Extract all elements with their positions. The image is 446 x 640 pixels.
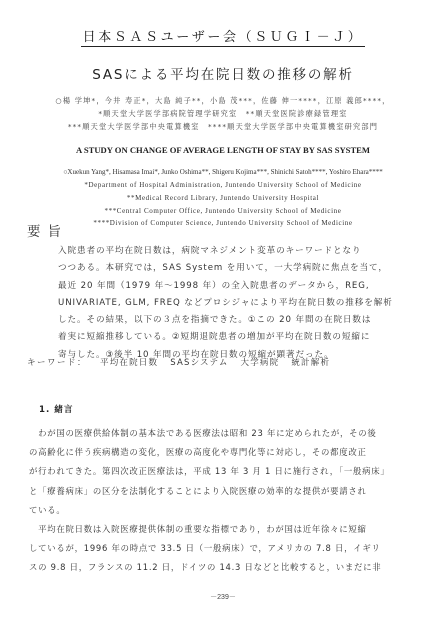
body-line: しているが，1996 年の時点で 33.5 日（一般病床）で，アメリカの 7.8… — [29, 539, 425, 558]
abstract-line: つつある。本研究では，SAS System を用いて，一大学病院に焦点を当て， — [58, 260, 376, 277]
affiliation-en-1: *Department of Hospital Administration, … — [0, 181, 446, 189]
abstract-line: 最近 20 年間（1979 年～1998 年）の全入院患者のデータから，REG, — [58, 278, 376, 295]
keyword: 平均在院日数 — [100, 356, 158, 368]
abstract-body: 入院患者の平均在院日数は，病院マネジメント変革のキーワードとなり つつある。本研… — [58, 243, 376, 364]
page-number: －239－ — [0, 592, 446, 602]
abstract-line: UNIVARIATE, GLM, FREQ などプロシジャにより平均在院日数の推… — [58, 295, 376, 312]
affiliation-ja-1: *順天堂大学医学部病院管理学研究室 **順天堂医院診療録管理室 — [0, 109, 446, 119]
affiliation-ja-2: ***順天堂大学医学部中央電算機室 ****順天堂大学医学部中央電算機室研究部門 — [0, 122, 446, 132]
title-japanese: SASによる平均在院日数の推移の解析 — [0, 63, 446, 83]
keyword: 大学病院 — [241, 356, 280, 368]
keyword: SASシステム — [170, 356, 228, 368]
body-line: が行われてきた。第四次改正医療法は，平成 13 年 3 月 1 日に施行され，「… — [29, 462, 425, 481]
keywords-list: 平均在院日数 SASシステム 大学病院 統計解析 — [100, 356, 330, 368]
authors-english: ○Xuekun Yang*, Hisamasa Imai*, Junko Osh… — [0, 168, 446, 176]
body-line: ている。 — [29, 501, 425, 520]
conference-name: 日本ＳＡＳユーザー会（ＳＵＧＩ－Ｊ） — [81, 30, 366, 47]
body-line: と「療養病床」の区分を法制化することにより入院医療の効率的な提供が要請され — [29, 482, 425, 501]
affiliation-en-3: ***Central Computer Office, Juntendo Uni… — [0, 207, 446, 215]
body-line: スの 9.8 日，フランスの 11.2 日，ドイツの 14.3 日などと比較する… — [29, 558, 425, 577]
authors-japanese: ○楊 学坤*，今井 寿正*，大島 純子**，小島 茂***，佐藤 伸一****，… — [0, 96, 446, 106]
abstract-line: した。その結果，以下の３点を指摘できた。①この 20 年間の在院日数は — [58, 312, 376, 329]
body-line: 平均在院日数は入院医療提供体制の重要な指標であり，わが国は近年徐々に短縮 — [29, 520, 425, 539]
abstract-line: 入院患者の平均在院日数は，病院マネジメント変革のキーワードとなり — [58, 243, 376, 260]
body-line: の高齢化に伴う疾病構造の変化，医療の高度化や専門化等に対応し，その都度改正 — [29, 443, 425, 462]
body-line: わが国の医療供給体制の基本法である医療法は昭和 23 年に定められたが，その後 — [29, 424, 425, 443]
affiliation-en-2: **Medical Record Library, Juntendo Unive… — [0, 194, 446, 202]
section-heading-introduction: 1. 緒言 — [39, 403, 73, 415]
abstract-line: 着実に短縮推移している。②短期退院患者の増加が平均在院日数の短縮に — [58, 329, 376, 346]
keyword: 統計解析 — [291, 356, 330, 368]
abstract-heading: 要旨 — [27, 220, 68, 240]
section-body-introduction: わが国の医療供給体制の基本法である医療法は昭和 23 年に定められたが，その後 … — [29, 424, 425, 578]
conference-header: 日本ＳＡＳユーザー会（ＳＵＧＩ－Ｊ） — [0, 26, 446, 45]
keywords-label: キーワード： — [27, 356, 87, 368]
title-english: A STUDY ON CHANGE OF AVERAGE LENGTH OF S… — [0, 145, 446, 155]
